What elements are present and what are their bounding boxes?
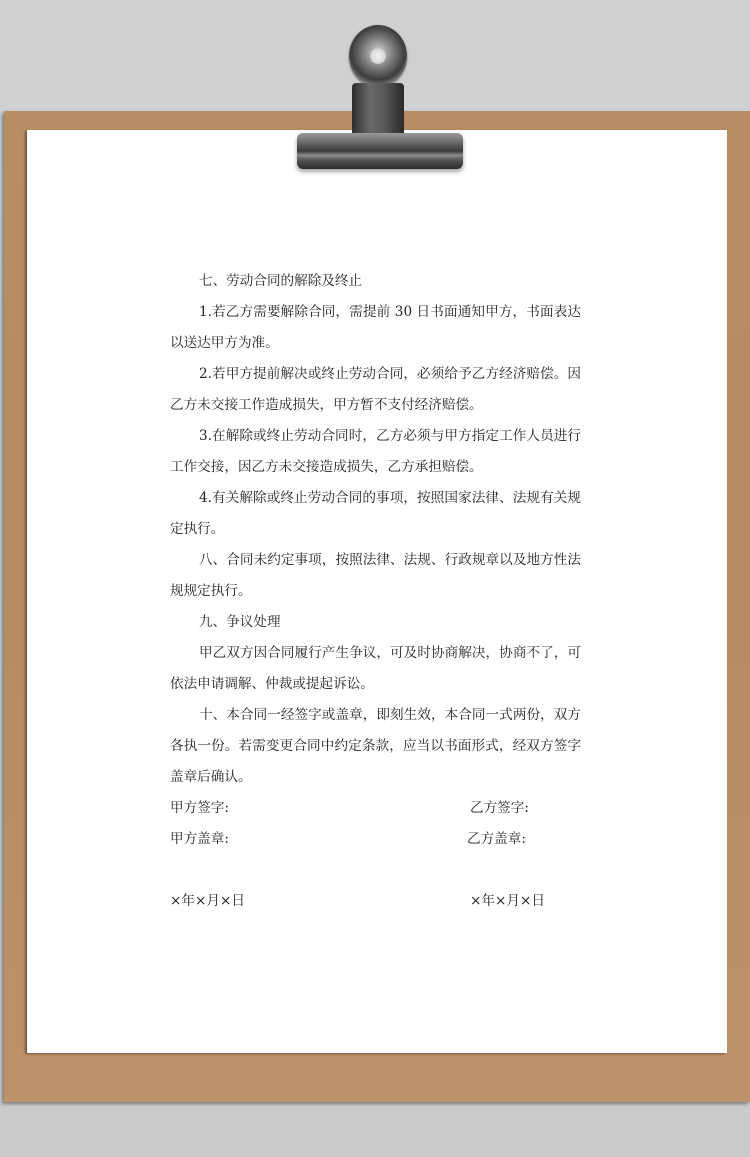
party-b-signature-label: 乙方签字: — [470, 793, 529, 824]
party-a-signature-label: 甲方签字: — [170, 793, 229, 824]
section-9-body: 甲乙双方因合同履行产生争议，可及时协商解决，协商不了，可依法申请调解、仲裁或提起… — [170, 638, 581, 700]
party-b-seal-label: 乙方盖章: — [467, 824, 526, 855]
date-row: ×年×月×日 ×年×月×日 — [170, 886, 581, 917]
party-a-seal-label: 甲方盖章: — [170, 824, 229, 855]
party-b-date: ×年×月×日 — [470, 886, 545, 917]
clause-2: 2.若甲方提前解决或终止劳动合同，必须给予乙方经济赔偿。因乙方未交接工作造成损失… — [170, 359, 581, 421]
seal-row: 甲方盖章: 乙方盖章: — [170, 824, 581, 855]
clip-hole — [370, 48, 386, 64]
section-9-heading: 九、争议处理 — [170, 607, 581, 638]
signature-row: 甲方签字: 乙方签字: — [170, 793, 581, 824]
section-10: 十、本合同一经签字或盖章，即刻生效，本合同一式两份，双方各执一份。若需变更合同中… — [170, 700, 581, 793]
clip-jaw — [297, 133, 463, 169]
clause-4: 4.有关解除或终止劳动合同的事项，按照国家法律、法规有关规定执行。 — [170, 483, 581, 545]
section-7-heading: 七、劳动合同的解除及终止 — [170, 266, 581, 297]
clause-1: 1.若乙方需要解除合同，需提前 30 日书面通知甲方，书面表达以送达甲方为准。 — [170, 297, 581, 359]
spacer — [170, 855, 581, 886]
section-8: 八、合同未约定事项，按照法律、法规、行政规章以及地方性法规规定执行。 — [170, 545, 581, 607]
contract-text: 七、劳动合同的解除及终止 1.若乙方需要解除合同，需提前 30 日书面通知甲方，… — [170, 266, 581, 917]
binder-clip-icon — [297, 25, 463, 170]
clause-3: 3.在解除或终止劳动合同时，乙方必须与甲方指定工作人员进行工作交接，因乙方未交接… — [170, 421, 581, 483]
party-a-date: ×年×月×日 — [170, 886, 245, 917]
